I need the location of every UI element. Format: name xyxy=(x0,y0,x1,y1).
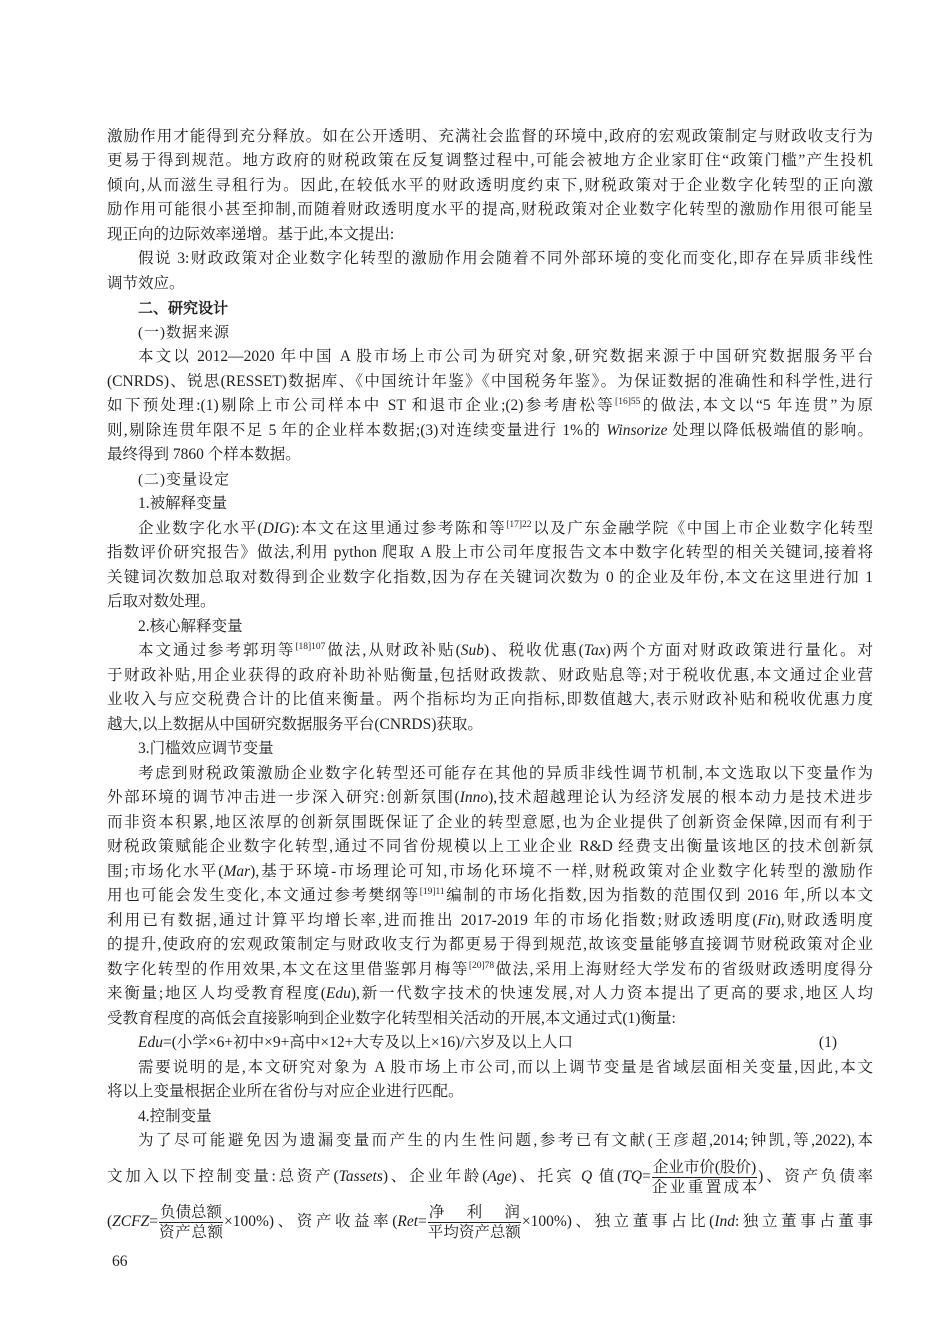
italic-variable: Edu xyxy=(138,1034,163,1051)
text-run: 二、研究设计 xyxy=(138,299,228,317)
text-run: )、企业年龄( xyxy=(383,1168,488,1185)
paragraph: 考虑到财税政策激励企业数字化转型还可能存在其他的异质非线性调节机制,本文选取以下… xyxy=(107,762,873,1032)
paragraph: 企业数字化水平(DIG):本文在这里通过参考陈和等[17]22以及广东金融学院《… xyxy=(107,517,873,615)
fraction-numerator: 净利润 xyxy=(428,1203,521,1223)
italic-variable: Q xyxy=(581,1168,592,1185)
section-heading: 二、研究设计 xyxy=(107,296,873,321)
text-run: (二)变量设定 xyxy=(138,472,230,488)
text-run: 现正向的边际效率递增。基于此,本文提出: xyxy=(107,226,394,243)
text-line: 为了尽可能避免因为遗漏变量而产生的内生性问题,参考已有文献(王彦超,2014;钟… xyxy=(107,1129,873,1154)
italic-variable: Fit xyxy=(758,912,776,929)
text-run: 以及广东金融学院《中国上市企业数字化转型 xyxy=(532,520,873,537)
paragraph: 需要说明的是,本文研究对象为 A 股市场上市公司,而以上调节变量是省域层面相关变… xyxy=(107,1056,873,1105)
text-line: 文加入以下控制变量:总资产(Tassets)、企业年龄(Age)、托宾 Q 值(… xyxy=(107,1154,873,1199)
italic-variable: Ind xyxy=(714,1213,735,1230)
paragraph: 本文以 2012—2020 年中国 A 股市场上市公司为研究对象,研究数据来源于… xyxy=(107,345,873,468)
text-line: 围;市场化水平(Mar),基于环境-市场理论可知,市场化环境不一样,财税政策对企… xyxy=(107,860,873,885)
text-run: 1.被解释变量 xyxy=(138,495,227,512)
text-line: 如下预处理:(1)剔除上市公司样本中 ST 和退市企业;(2)参考唐松等[16]… xyxy=(107,394,873,419)
article-body: 激励作用才能得到充分释放。如在公开透明、充满社会监督的环境中,政府的宏观政策制定… xyxy=(107,125,873,1244)
fraction: 企业市价(股价)企业重置成本 xyxy=(652,1158,757,1197)
text-line: 最终得到 7860 个样本数据。 xyxy=(107,443,873,468)
text-line: 企业数字化水平(DIG):本文在这里通过参考陈和等[17]22以及广东金融学院《… xyxy=(107,517,873,542)
text-run: 为了尽可能避免因为遗漏变量而产生的内生性问题,参考已有文献(王彦超,2014;钟… xyxy=(138,1132,873,1149)
paragraph: 本文通过参考郭玥等[18]107做法,从财政补贴(Sub)、税收优惠(Tax)两… xyxy=(107,639,873,737)
italic-variable: Inno xyxy=(460,789,488,806)
text-run: (CNRDS)、锐思(RESSET)数据库、《中国统计年鉴》《中国税务年鉴》。为… xyxy=(107,373,873,390)
text-line: 调节效应。 xyxy=(107,272,873,297)
text-run: 激励作用才能得到充分释放。如在公开透明、充满社会监督的环境中,政府的宏观政策制定… xyxy=(107,128,873,145)
text-line: 二、研究设计 xyxy=(107,296,873,321)
text-line: 而非资本积累,地区浓厚的创新氛围既保证了企业的转型意愿,也为企业提供了创新资金保… xyxy=(107,811,873,836)
text-run: 做法,采用上海财经大学发布的省级财政透明度得分 xyxy=(494,961,873,978)
text-run: 外部环境的调节冲击进一步深入研究:创新氛围( xyxy=(107,789,460,806)
text-run: ),新一代数字技术的快速发展,对人力资本提出了更高的要求,地区人均 xyxy=(351,985,873,1002)
text-line: 将以上变量根据企业所在省份与对应企业进行匹配。 xyxy=(107,1080,873,1105)
text-run: :独立董事占董事 xyxy=(735,1213,873,1230)
text-line: 来衡量;地区人均受教育程度(Edu),新一代数字技术的快速发展,对人力资本提出了… xyxy=(107,982,873,1007)
text-line: 数字化转型的作用效果,本文在这里借鉴郭月梅等[20]78做法,采用上海财经大学发… xyxy=(107,958,873,983)
text-run: 于财政补贴,用企业获得的政府补助补贴衡量,包括财政拨款、财政贴息等;对于税收优惠… xyxy=(107,667,873,684)
text-run: )两个方面对财政政策进行量化。对 xyxy=(606,642,873,659)
text-line: 现正向的边际效率递增。基于此,本文提出: xyxy=(107,223,873,248)
citation-superscript: [16]55 xyxy=(615,397,640,407)
fraction-denominator: 平均资产总额 xyxy=(428,1223,521,1242)
text-run: 将以上变量根据企业所在省份与对应企业进行匹配。 xyxy=(107,1083,464,1100)
text-line: Edu=(小学×6+初中×9+高中×12+大专及以上×16)/六岁及以上人口(1… xyxy=(107,1031,873,1056)
text-run: 而非资本积累,地区浓厚的创新氛围既保证了企业的转型意愿,也为企业提供了创新资金保… xyxy=(107,814,873,831)
text-line: 本文以 2012—2020 年中国 A 股市场上市公司为研究对象,研究数据来源于… xyxy=(107,345,873,370)
italic-variable: Edu xyxy=(326,985,351,1002)
fraction: 净利润平均资产总额 xyxy=(428,1203,521,1242)
text-run: 则,剔除连贯年限不足 5 年的企业样本数据;(3)对连续变量进行 1%的 xyxy=(107,422,606,439)
text-line: 假说 3:财政政策对企业数字化转型的激励作用会随着不同外部环境的变化而变化,即存… xyxy=(107,247,873,272)
citation-superscript: [20]78 xyxy=(469,961,494,971)
text-line: 利用已有数据,通过计算平均增长率,进而推出 2017-2019 年的市场化指数;… xyxy=(107,909,873,934)
paragraph: 为了尽可能避免因为遗漏变量而产生的内生性问题,参考已有文献(王彦超,2014;钟… xyxy=(107,1129,873,1244)
text-run: 编制的市场化指数,因为指数的范围仅到 2016 年,所以本文 xyxy=(445,887,873,904)
italic-variable: Tax xyxy=(584,642,606,659)
text-line: 后取对数处理。 xyxy=(107,590,873,615)
paragraph: 假说 3:财政政策对企业数字化转型的激励作用会随着不同外部环境的变化而变化,即存… xyxy=(107,247,873,296)
text-line: 更易于得到规范。地方政府的财税政策在反复调整过程中,可能会被地方企业家盯住“政策… xyxy=(107,149,873,174)
citation-superscript: [19]11 xyxy=(420,887,445,897)
italic-variable: Tassets xyxy=(339,1168,383,1185)
citation-superscript: [18]107 xyxy=(295,642,325,652)
italic-variable: TQ xyxy=(622,1168,642,1185)
text-run: 来衡量;地区人均受教育程度( xyxy=(107,985,326,1002)
text-run: 越大,以上数据从中国研究数据服务平台(CNRDS)获取。 xyxy=(107,716,483,733)
text-run: 做法,从财政补贴( xyxy=(325,642,460,659)
text-run: 指数评价研究报告》做法,利用 python 爬取 A 股上市公司年度报告文本中数… xyxy=(107,544,873,561)
text-run: = xyxy=(149,1213,158,1230)
italic-variable: Sub xyxy=(461,642,484,659)
text-line: 用也可能会发生变化,本文通过参考樊纲等[19]11编制的市场化指数,因为指数的范… xyxy=(107,884,873,909)
text-run: 3.门槛效应调节变量 xyxy=(138,740,274,757)
text-run: 考虑到财税政策激励企业数字化转型还可能存在其他的异质非线性调节机制,本文选取以下… xyxy=(138,765,873,782)
italic-variable: Ret xyxy=(397,1213,418,1230)
text-line: 倾向,从而滋生寻租行为。因此,在较低水平的财政透明度约束下,财税政策对于企业数字… xyxy=(107,174,873,199)
text-run: 文加入以下控制变量:总资产( xyxy=(107,1168,339,1185)
text-run: 励作用可能很小甚至抑制,而随着财政透明度水平的提高,财税政策对企业数字化转型的激… xyxy=(107,201,873,218)
text-run: )、税收优惠( xyxy=(484,642,584,659)
text-line: 本文通过参考郭玥等[18]107做法,从财政补贴(Sub)、税收优惠(Tax)两… xyxy=(107,639,873,664)
page-number: 66 xyxy=(112,1252,128,1272)
text-line: 财税政策赋能企业数字化转型,通过不同省份规模以上工业企业 R&D 经费支出衡量该… xyxy=(107,835,873,860)
text-run: 企业数字化水平( xyxy=(138,520,263,537)
text-line: 4.控制变量 xyxy=(107,1105,873,1130)
text-run: = xyxy=(642,1168,651,1185)
text-run: 倾向,从而滋生寻租行为。因此,在较低水平的财政透明度约束下,财税政策对于企业数字… xyxy=(107,177,873,194)
text-run: 受教育程度的高低会直接影响到企业数字化转型相关活动的开展,本文通过式(1)衡量: xyxy=(107,1010,676,1027)
text-run: 假说 3:财政政策对企业数字化转型的激励作用会随着不同外部环境的变化而变化,即存… xyxy=(138,250,873,267)
item-heading: 3.门槛效应调节变量 xyxy=(107,737,873,762)
text-line: 越大,以上数据从中国研究数据服务平台(CNRDS)获取。 xyxy=(107,713,873,738)
text-run: 处理以降低极端值的影响。 xyxy=(667,422,873,439)
subsection-heading: (一)数据来源 xyxy=(107,321,873,346)
equation-body: Edu=(小学×6+初中×9+高中×12+大专及以上×16)/六岁及以上人口 xyxy=(138,1031,573,1056)
text-run: 2.核心解释变量 xyxy=(138,618,243,635)
text-run: 本文以 2012—2020 年中国 A 股市场上市公司为研究对象,研究数据来源于… xyxy=(138,348,873,365)
equation: Edu=(小学×6+初中×9+高中×12+大专及以上×16)/六岁及以上人口(1… xyxy=(107,1031,873,1056)
text-line: 1.被解释变量 xyxy=(107,492,873,517)
text-line: 业收入与应交税费合计的比值来衡量。两个指标均为正向指标,即数值越大,表示财政补贴… xyxy=(107,688,873,713)
text-run: ),基于环境-市场理论可知,市场化环境不一样,财税政策对企业数字化转型的激励作 xyxy=(250,863,873,880)
text-run: 围;市场化水平( xyxy=(107,863,223,880)
text-run: ×100%)、资产收益率( xyxy=(224,1213,397,1230)
italic-variable: DIG xyxy=(263,520,291,537)
fraction-numerator: 企业市价(股价) xyxy=(652,1158,757,1178)
text-run: )、托宾 xyxy=(511,1168,580,1185)
text-run: )、资产负债率 xyxy=(758,1168,873,1185)
text-line: 激励作用才能得到充分释放。如在公开透明、充满社会监督的环境中,政府的宏观政策制定… xyxy=(107,125,873,150)
text-run: 如下预处理:(1)剔除上市公司样本中 ST 和退市企业;(2)参考唐松等 xyxy=(107,397,615,414)
paragraph: 激励作用才能得到充分释放。如在公开透明、充满社会监督的环境中,政府的宏观政策制定… xyxy=(107,125,873,248)
italic-variable: Winsorize xyxy=(606,422,667,439)
text-run: 本文通过参考郭玥等 xyxy=(138,642,295,659)
text-line: 考虑到财税政策激励企业数字化转型还可能存在其他的异质非线性调节机制,本文选取以下… xyxy=(107,762,873,787)
subsection-heading: (二)变量设定 xyxy=(107,468,873,493)
text-run: 用也可能会发生变化,本文通过参考樊纲等 xyxy=(107,887,420,904)
text-line: (ZCFZ=负债总额资产总额×100%)、资产收益率(Ret=净利润平均资产总额… xyxy=(107,1199,873,1244)
text-run: 关键词次数加总取对数得到企业数字化指数,因为存在关键词次数为 0 的企业及年份,… xyxy=(107,569,873,586)
text-run: 业收入与应交税费合计的比值来衡量。两个指标均为正向指标,即数值越大,表示财政补贴… xyxy=(107,691,873,708)
text-line: 的提升,使政府的宏观政策制定与财政收支行为都更易于得到规范,故该变量能够直接调节… xyxy=(107,933,873,958)
text-run: ×100%)、独立董事占比( xyxy=(522,1213,715,1230)
text-line: 指数评价研究报告》做法,利用 python 爬取 A 股上市公司年度报告文本中数… xyxy=(107,541,873,566)
item-heading: 4.控制变量 xyxy=(107,1105,873,1130)
text-line: (CNRDS)、锐思(RESSET)数据库、《中国统计年鉴》《中国税务年鉴》。为… xyxy=(107,370,873,395)
text-run: 的提升,使政府的宏观政策制定与财政收支行为都更易于得到规范,故该变量能够直接调节… xyxy=(107,936,873,953)
text-run: ),技术超越理论认为经济发展的根本动力是技术进步 xyxy=(488,789,873,806)
text-run: ),财政透明度 xyxy=(776,912,873,929)
fraction-denominator: 资产总额 xyxy=(159,1223,223,1242)
text-line: 励作用可能很小甚至抑制,而随着财政透明度水平的提高,财税政策对企业数字化转型的激… xyxy=(107,198,873,223)
text-line: 需要说明的是,本文研究对象为 A 股市场上市公司,而以上调节变量是省域层面相关变… xyxy=(107,1056,873,1081)
text-line: (一)数据来源 xyxy=(107,321,873,346)
text-run: 4.控制变量 xyxy=(138,1108,212,1125)
citation-superscript: [17]22 xyxy=(506,520,531,530)
text-run: 更易于得到规范。地方政府的财税政策在反复调整过程中,可能会被地方企业家盯住“政策… xyxy=(107,152,873,169)
italic-variable: Mar xyxy=(223,863,250,880)
equation-number: (1) xyxy=(819,1031,873,1056)
text-run: 财税政策赋能企业数字化转型,通过不同省份规模以上工业企业 R&D 经费支出衡量该… xyxy=(107,838,873,855)
text-run: 需要说明的是,本文研究对象为 A 股市场上市公司,而以上调节变量是省域层面相关变… xyxy=(138,1059,873,1076)
text-line: 受教育程度的高低会直接影响到企业数字化转型相关活动的开展,本文通过式(1)衡量: xyxy=(107,1007,873,1032)
fraction-numerator: 负债总额 xyxy=(159,1203,223,1223)
text-run: (一)数据来源 xyxy=(138,325,230,341)
text-run: 数字化转型的作用效果,本文在这里借鉴郭月梅等 xyxy=(107,961,469,978)
text-run: 调节效应。 xyxy=(107,275,185,292)
fraction-denominator: 企业重置成本 xyxy=(652,1178,757,1197)
text-run: 后取对数处理。 xyxy=(107,593,216,610)
text-line: 外部环境的调节冲击进一步深入研究:创新氛围(Inno),技术超越理论认为经济发展… xyxy=(107,786,873,811)
text-run: = xyxy=(418,1213,427,1230)
text-line: (二)变量设定 xyxy=(107,468,873,493)
text-line: 关键词次数加总取对数得到企业数字化指数,因为存在关键词次数为 0 的企业及年份,… xyxy=(107,566,873,591)
item-heading: 2.核心解释变量 xyxy=(107,615,873,640)
text-run: 利用已有数据,通过计算平均增长率,进而推出 2017-2019 年的市场化指数;… xyxy=(107,912,758,929)
text-run: ):本文在这里通过参考陈和等 xyxy=(290,520,506,537)
italic-variable: ZCFZ xyxy=(112,1213,149,1230)
text-run: 值( xyxy=(592,1168,622,1185)
text-line: 于财政补贴,用企业获得的政府补助补贴衡量,包括财政拨款、财政贴息等;对于税收优惠… xyxy=(107,664,873,689)
text-run: 最终得到 7860 个样本数据。 xyxy=(107,446,301,463)
text-line: 2.核心解释变量 xyxy=(107,615,873,640)
text-run: 的做法,本文以“5 年连贯”为原 xyxy=(640,397,873,414)
text-line: 则,剔除连贯年限不足 5 年的企业样本数据;(3)对连续变量进行 1%的 Win… xyxy=(107,419,873,444)
text-run: =(小学×6+初中×9+高中×12+大专及以上×16)/六岁及以上人口 xyxy=(163,1034,573,1051)
text-line: 3.门槛效应调节变量 xyxy=(107,737,873,762)
fraction: 负债总额资产总额 xyxy=(159,1203,223,1242)
italic-variable: Age xyxy=(487,1168,511,1185)
item-heading: 1.被解释变量 xyxy=(107,492,873,517)
